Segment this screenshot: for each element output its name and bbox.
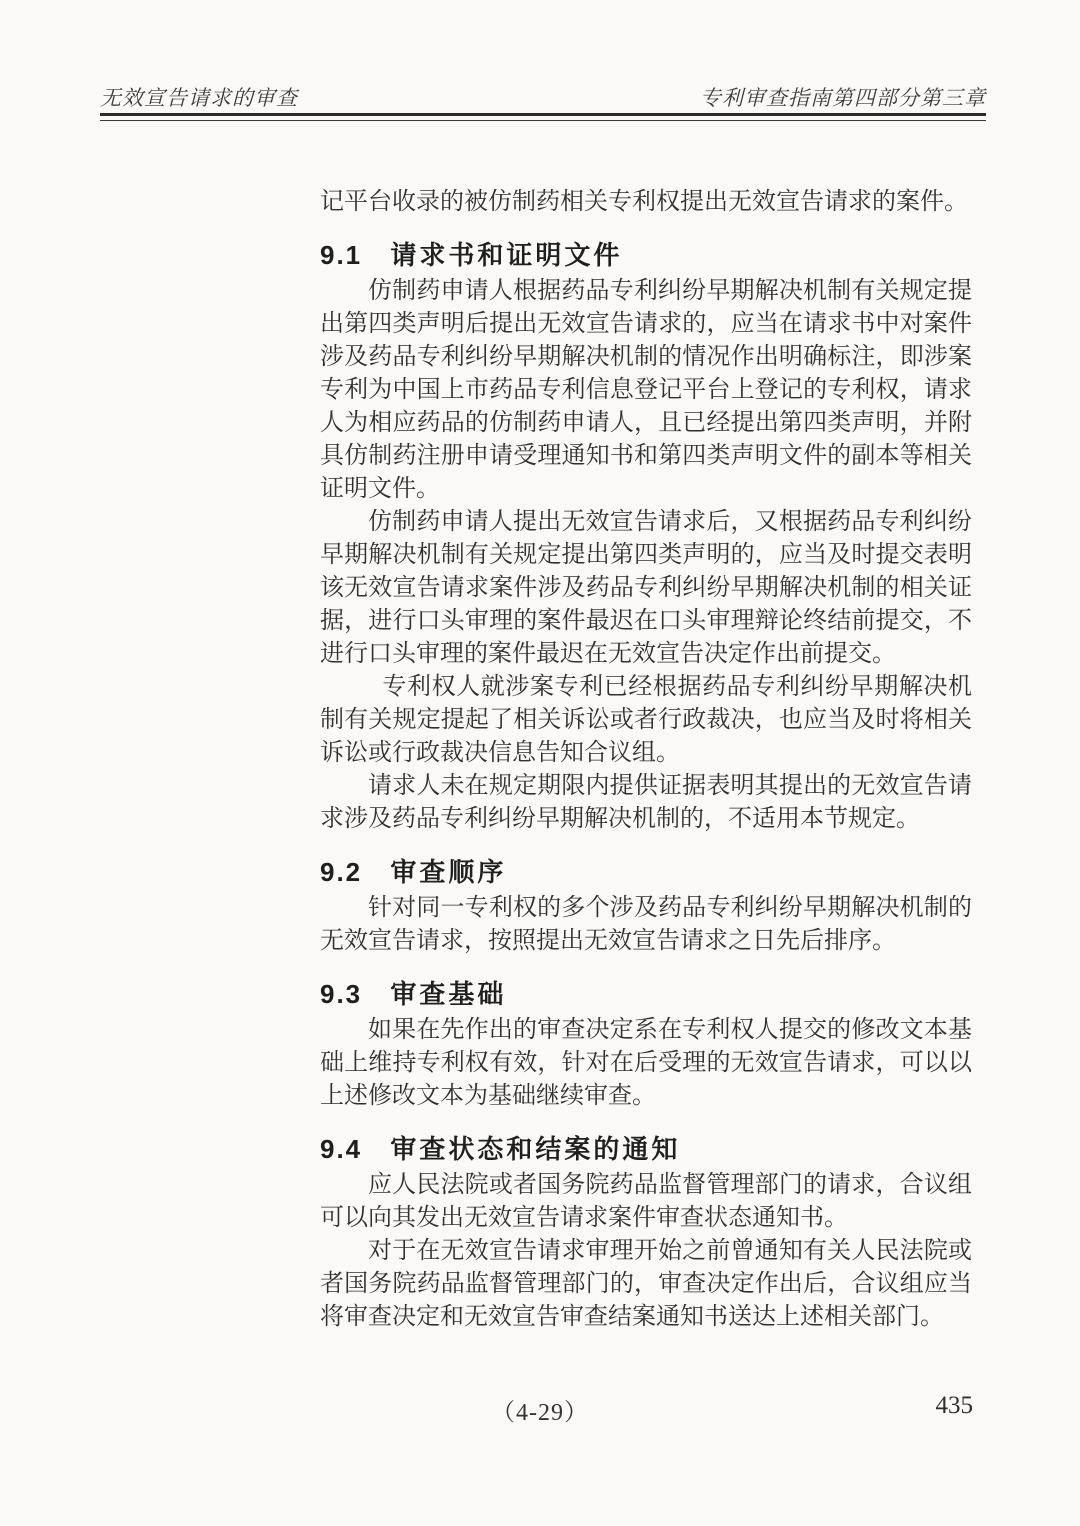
paragraph: 仿制药申请人提出无效宣告请求后，又根据药品专利纠纷早期解决机制有关规定提出第四类… xyxy=(320,506,972,671)
section-number: 9.2 xyxy=(320,857,362,887)
header-rule xyxy=(100,113,986,121)
page-header: 无效宣告请求的审查 专利审查指南第四部分第三章 xyxy=(100,82,986,112)
document-page: 无效宣告请求的审查 专利审查指南第四部分第三章 记平台收录的被仿制药相关专利权提… xyxy=(0,0,1080,1526)
section-9-3: 9.3 审查基础 如果在先作出的审查决定系在专利权人提交的修改文本基础上维持专利… xyxy=(320,976,972,1113)
section-title: 请求书和证明文件 xyxy=(390,240,622,270)
section-heading: 9.4 审查状态和结案的通知 xyxy=(320,1131,972,1167)
document-body: 记平台收录的被仿制药相关专利权提出无效宣告请求的案件。 9.1 请求书和证明文件… xyxy=(320,186,972,1334)
paragraph: 仿制药申请人根据药品专利纠纷早期解决机制有关规定提出第四类声明后提出无效宣告请求… xyxy=(320,275,972,506)
section-9-4: 9.4 审查状态和结案的通知 应人民法院或者国务院药品监督管理部门的请求，合议组… xyxy=(320,1131,972,1334)
intro-paragraph: 记平台收录的被仿制药相关专利权提出无效宣告请求的案件。 xyxy=(320,186,972,219)
header-right-title: 专利审查指南第四部分第三章 xyxy=(700,82,986,112)
paragraph: 请求人未在规定期限内提供证据表明其提出的无效宣告请求涉及药品专利纠纷早期解决机制… xyxy=(320,770,972,836)
section-title: 审查状态和结案的通知 xyxy=(390,1134,680,1164)
section-heading: 9.1 请求书和证明文件 xyxy=(320,237,972,273)
section-heading: 9.3 审查基础 xyxy=(320,976,972,1012)
page-number: 435 xyxy=(936,1392,974,1420)
paragraph: 应人民法院或者国务院药品监督管理部门的请求，合议组可以向其发出无效宣告请求案件审… xyxy=(320,1169,972,1235)
section-9-1: 9.1 请求书和证明文件 仿制药申请人根据药品专利纠纷早期解决机制有关规定提出第… xyxy=(320,237,972,836)
section-title: 审查基础 xyxy=(390,979,506,1009)
section-number: 9.4 xyxy=(320,1134,362,1164)
paragraph: 对于在无效宣告请求审理开始之前曾通知有关人民法院或者国务院药品监督管理部门的，审… xyxy=(320,1235,972,1334)
header-left-title: 无效宣告请求的审查 xyxy=(100,82,298,112)
section-number: 9.1 xyxy=(320,240,362,270)
section-number: 9.3 xyxy=(320,979,362,1009)
section-title: 审查顺序 xyxy=(390,857,506,887)
paragraph: 如果在先作出的审查决定系在专利权人提交的修改文本基础上维持专利权有效，针对在后受… xyxy=(320,1014,972,1113)
section-heading: 9.2 审查顺序 xyxy=(320,854,972,890)
section-9-2: 9.2 审查顺序 针对同一专利权的多个涉及药品专利纠纷早期解决机制的无效宣告请求… xyxy=(320,854,972,958)
paragraph: 针对同一专利权的多个涉及药品专利纠纷早期解决机制的无效宣告请求，按照提出无效宣告… xyxy=(320,892,972,958)
footer-page-label: （4-29） xyxy=(0,1392,1080,1427)
paragraph: 专利权人就涉案专利已经根据药品专利纠纷早期解决机制有关规定提起了相关诉讼或者行政… xyxy=(320,671,972,770)
